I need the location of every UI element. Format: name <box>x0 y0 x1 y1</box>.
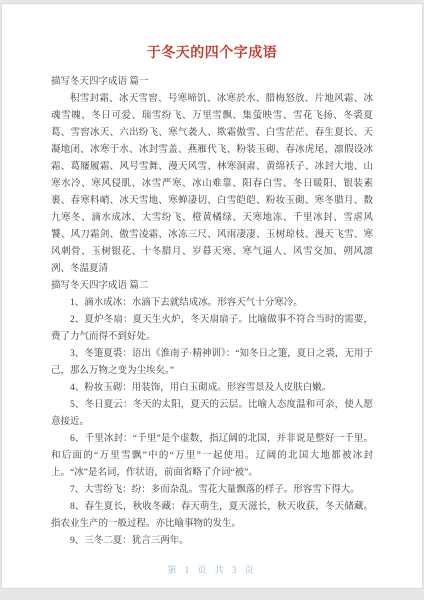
page-number-footer: 第 1 页 共 3 页 <box>51 562 373 579</box>
definition-item-5: 5、冬日夏云：冬天的太阳，夏天的云层。比喻人态度温和可亲，使人愿意接近。 <box>51 397 373 431</box>
definition-item-9: 9、三冬二夏：犹言三两年。 <box>51 533 373 550</box>
definition-item-2: 2、夏炉冬扇：夏天生火炉，冬天扇扇子。比喻做事不符合当时的需要，费了力气而得不到… <box>51 312 373 346</box>
definition-item-3: 3、冬箑夏裘：语出《淮南子·精神训》：“知冬日之箑，夏日之裘，无用于己，那么万物… <box>51 346 373 380</box>
page-title: 于冬天的四个字成语 <box>51 42 373 62</box>
page-content: 于冬天的四个字成语 描写冬天四字成语 篇一 积雪封霜、冰天雪窖、号寒啼饥、冰寒於… <box>51 4 373 579</box>
definition-item-4: 4、粉妆玉砌：用装饰，用白玉砌成。形容雪景及人皮肤白嫩。 <box>51 380 373 397</box>
definition-item-6: 6、千里冰封：“千里”是个虚数，指辽阔的北国，并非说是整好一千里。和后面的“万里… <box>51 431 373 482</box>
section-heading-1: 描写冬天四字成语 篇一 <box>51 74 373 91</box>
section-heading-2: 描写冬天四字成语 篇二 <box>51 278 373 295</box>
definition-item-8: 8、春生夏长，秋收冬藏：春天萌生，夏天滋长，秋天收获，冬天储藏。指农业生产的一般… <box>51 499 373 533</box>
document-page: 于冬天的四个字成语 描写冬天四字成语 篇一 积雪封霜、冰天雪窖、号寒啼饥、冰寒於… <box>1 3 423 589</box>
definition-item-1: 1、滴水成冰：水滴下去就结成冰。形容天气十分寒冷。 <box>51 295 373 312</box>
idiom-list-paragraph: 积雪封霜、冰天雪窖、号寒啼饥、冰寒於水、腊梅怒放、片地风霜、冰魂雪魄、冬日可爱、… <box>51 91 373 278</box>
definition-item-7: 7、大雪纷飞：纷：多而杂乱。雪花大量飘落的样子。形容雪下得大。 <box>51 482 373 499</box>
